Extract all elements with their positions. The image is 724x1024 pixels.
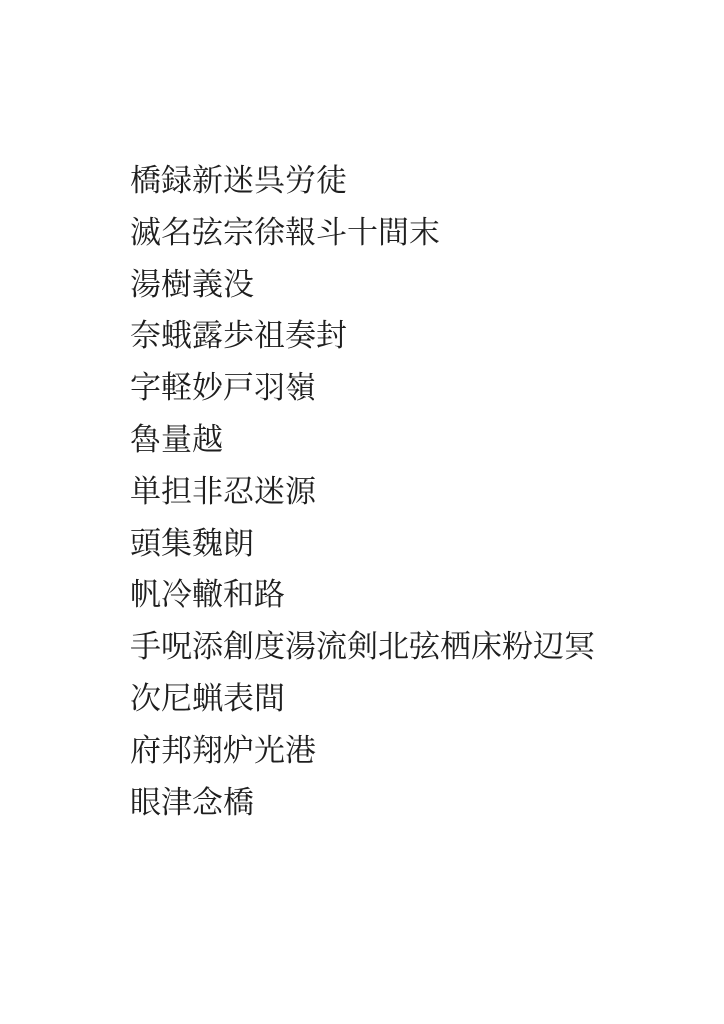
text-line: 眼津念橋 <box>130 777 595 829</box>
document-page: 橋録新迷呉労徒滅名弦宗徐報斗十間末湯樹義没奈蛾露歩祖奏封字軽妙戸羽嶺魯量越単担非… <box>0 0 724 1024</box>
text-line: 魯量越 <box>130 414 595 466</box>
text-line: 府邦翔炉光港 <box>130 725 595 777</box>
text-line: 字軽妙戸羽嶺 <box>130 362 595 414</box>
text-line: 橋録新迷呉労徒 <box>130 155 595 207</box>
text-line: 湯樹義没 <box>130 259 595 311</box>
text-line: 滅名弦宗徐報斗十間末 <box>130 207 595 259</box>
text-line: 帆冷轍和路 <box>130 569 595 621</box>
text-line: 次尼蝋表間 <box>130 673 595 725</box>
text-line: 頭集魏朗 <box>130 518 595 570</box>
text-line: 奈蛾露歩祖奏封 <box>130 310 595 362</box>
text-line: 単担非忍迷源 <box>130 466 595 518</box>
text-line: 手呪添創度湯流剣北弦栖床粉辺冥 <box>130 621 595 673</box>
text-block: 橋録新迷呉労徒滅名弦宗徐報斗十間末湯樹義没奈蛾露歩祖奏封字軽妙戸羽嶺魯量越単担非… <box>130 155 595 828</box>
